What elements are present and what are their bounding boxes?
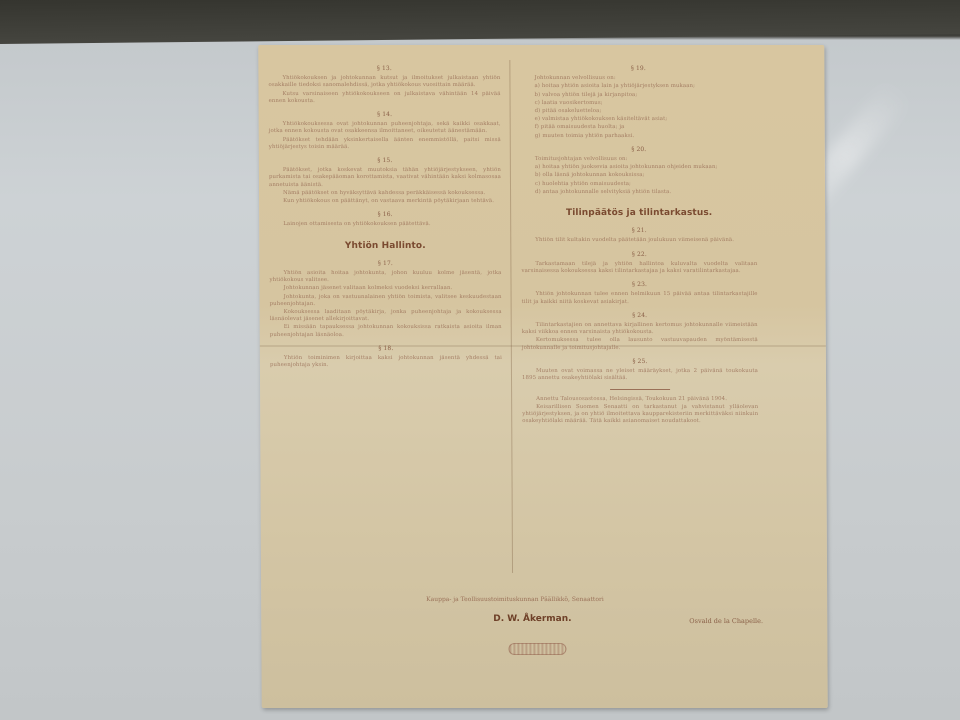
- paragraph-number: § 19.: [520, 65, 756, 72]
- body-text: a) hoitaa yhtiön asioita lain ja yhtiöjä…: [520, 83, 756, 90]
- body-text: Nämä päätökset on hyväksyttävä kahdessa …: [269, 190, 501, 197]
- ministry-line: Kauppa- ja Teollisuustoimituskunnan Pääl…: [426, 596, 604, 603]
- body-text: Lainojen ottamisesta on yhtiökokouksen p…: [269, 221, 501, 228]
- section-heading: Yhtiön Hallinto.: [269, 243, 501, 250]
- paragraph-number: § 15.: [269, 157, 501, 164]
- paragraph-number: § 18.: [270, 345, 502, 352]
- body-text: Muuten ovat voimassa ne yleiset määräyks…: [522, 368, 758, 382]
- column-divider: [509, 60, 513, 573]
- dark-background-band: [0, 0, 960, 44]
- body-text: c) laatia vuosikertomus;: [521, 100, 757, 107]
- body-text: Kutsu varsinaiseen yhtiökokoukseen on ju…: [269, 91, 501, 105]
- paragraph-number: § 13.: [268, 65, 500, 72]
- body-text: Kertomuksessa tulee olla lausunto vastuu…: [522, 337, 758, 351]
- body-text: Kokouksessa laaditaan pöytäkirja, jonka …: [270, 309, 502, 323]
- body-text: b) valvoa yhtiön tilejä ja kirjanpitoa;: [521, 92, 757, 99]
- body-text: Yhtiön johtokunnan tulee ennen helmikuun…: [522, 291, 758, 305]
- document-sheet: § 13.Yhtiökokouksen ja johtokunnan kutsu…: [258, 45, 827, 708]
- body-text: Toimitusjohtajan velvollisuus on:: [521, 156, 757, 163]
- body-text: Johtokunnan jäsenet valitaan kolmeksi vu…: [270, 285, 502, 292]
- paragraph-number: § 20.: [521, 146, 757, 153]
- paragraph-number: § 22.: [521, 251, 757, 258]
- body-text: Päätökset, jotka koskevat muutoksia tähä…: [269, 167, 501, 189]
- body-text: Ei missään tapauksessa johtokunnan kokou…: [270, 324, 502, 338]
- left-column: § 13.Yhtiökokouksen ja johtokunnan kutsu…: [268, 59, 502, 371]
- body-text: g) muuten toimia yhtiön parhaaksi.: [521, 133, 757, 140]
- body-text: e) valmistaa yhtiökokouksen käsiteltävät…: [521, 116, 757, 123]
- body-text: f) pitää omaisuudesta huolta; ja: [521, 124, 757, 131]
- body-text: d) pitää osakeluetteloa;: [521, 108, 757, 115]
- paragraph-number: § 23.: [522, 281, 758, 288]
- section-heading: Tilinpäätös ja tilintarkastus.: [521, 210, 757, 217]
- signature-akerman: D. W. Åkerman.: [493, 614, 571, 624]
- body-text: Yhtiön asioita hoitaa johtokunta, johon …: [269, 270, 501, 284]
- right-column: § 19.Johtokunnan velvollisuus on:a) hoit…: [520, 59, 758, 426]
- paragraph-number: § 21.: [521, 227, 757, 234]
- body-text: d) antaa johtokunnalle selvityksiä yhtiö…: [521, 189, 757, 196]
- body-text: Yhtiökokouksessa ovat johtokunnan puheen…: [269, 121, 501, 135]
- paragraph-number: § 17.: [269, 260, 501, 267]
- body-text: c) huolehtia yhtiön omaisuudesta;: [521, 181, 757, 188]
- signature-de-la-chapelle: Osvald de la Chapelle.: [689, 617, 763, 625]
- paragraph-number: § 14.: [269, 111, 501, 118]
- body-text: Yhtiökokouksen ja johtokunnan kutsut ja …: [268, 75, 500, 89]
- paragraph-number: § 25.: [522, 358, 758, 365]
- body-text: Yhtiön tilit kultakin vuodelta päätetään…: [521, 237, 757, 244]
- body-text: Tilintarkastajien on annettava kirjallin…: [522, 322, 758, 336]
- body-text: Tarkastamaan tilejä ja yhtiön hallintoa …: [521, 261, 757, 275]
- divider: [610, 389, 670, 390]
- paragraph-number: § 16.: [269, 211, 501, 218]
- printer-stamp: [508, 643, 566, 655]
- body-text: b) olla läsnä johtokunnan kokouksissa;: [521, 172, 757, 179]
- body-text: Johtokunta, joka on vastuunalainen yhtiö…: [270, 294, 502, 308]
- body-text: Päätökset tehdään yksinkertaisella äänte…: [269, 137, 501, 151]
- body-text: Kun yhtiökokous on päättänyt, on vastaav…: [269, 198, 501, 205]
- body-text: Johtokunnan velvollisuus on:: [520, 75, 756, 82]
- body-text: a) hoitaa yhtiön juoksevia asioita johto…: [521, 164, 757, 171]
- body-text: Yhtiön toiminimen kirjoittaa kaksi johto…: [270, 355, 502, 369]
- paragraph-number: § 24.: [522, 312, 758, 319]
- closing-text: Keisarillisen Suomen Senaatti on tarkast…: [522, 404, 758, 426]
- closing-text: Annettu Talousosastossa, Helsingissä, To…: [522, 396, 758, 403]
